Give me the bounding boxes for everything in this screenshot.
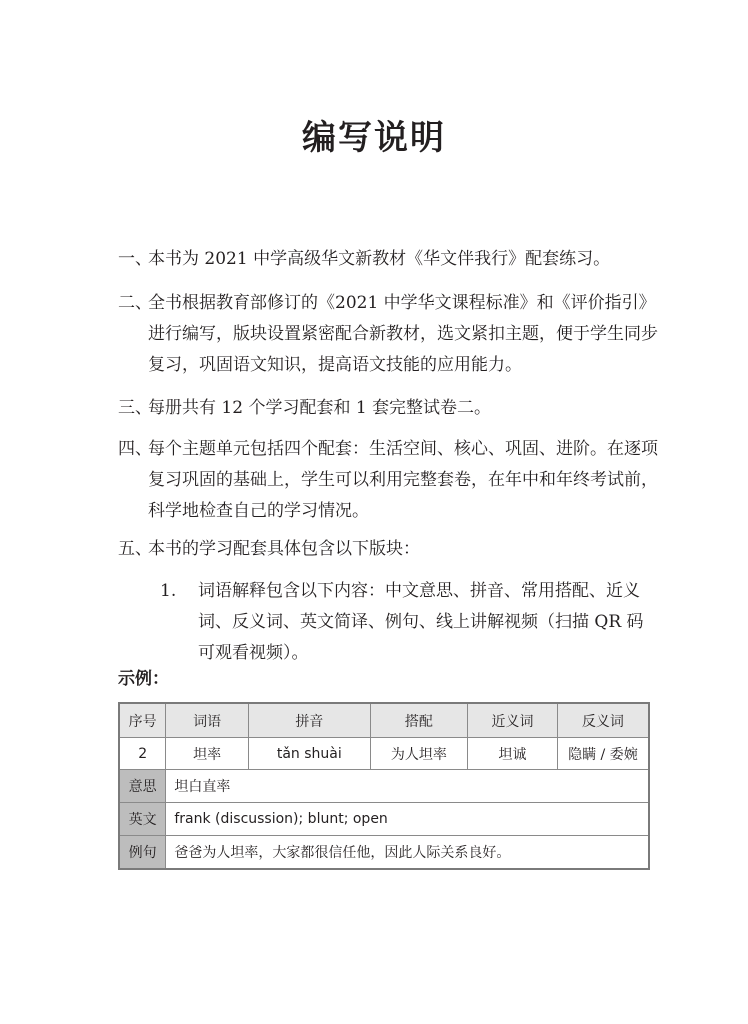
item-2: 二、 全书根据教育部修订的《2021 中学华文课程标准》和《评价指引》进行编写，… xyxy=(118,288,658,381)
subitem-text: 词语解释包含以下内容：中文意思、拼音、常用搭配、近义词、反义词、英文简译、例句、… xyxy=(198,576,660,669)
item-number: 四、 xyxy=(118,434,152,465)
detail-label: 英文 xyxy=(119,803,166,836)
vocabulary-table: 序号 词语 拼音 搭配 近义词 反义词 2 坦率 tǎn shuài 为人坦率 … xyxy=(118,702,650,870)
detail-value: 爸爸为人坦率，大家都很信任他，因此人际关系良好。 xyxy=(166,836,649,870)
header-synonym: 近义词 xyxy=(468,703,558,738)
detail-label: 例句 xyxy=(119,836,166,870)
item-number: 三、 xyxy=(118,393,152,424)
item-text: 每个主题单元包括四个配套：生活空间、核心、巩固、进阶。在逐项复习巩固的基础上，学… xyxy=(148,434,658,527)
detail-value: frank (discussion); blunt; open xyxy=(166,803,649,836)
cell-index: 2 xyxy=(119,738,166,770)
item-text: 每册共有 12 个学习配套和 1 套完整试卷二。 xyxy=(148,393,658,424)
detail-label: 意思 xyxy=(119,770,166,803)
header-collocation: 搭配 xyxy=(370,703,468,738)
detail-row-example: 例句 爸爸为人坦率，大家都很信任他，因此人际关系良好。 xyxy=(119,836,649,870)
header-index: 序号 xyxy=(119,703,166,738)
item-number: 五、 xyxy=(118,534,152,565)
cell-antonym: 隐瞒 / 委婉 xyxy=(557,738,649,770)
header-antonym: 反义词 xyxy=(557,703,649,738)
item-3: 三、 每册共有 12 个学习配套和 1 套完整试卷二。 xyxy=(118,393,658,424)
item-5: 五、 本书的学习配套具体包含以下版块： xyxy=(118,534,658,565)
item-4: 四、 每个主题单元包括四个配套：生活空间、核心、巩固、进阶。在逐项复习巩固的基础… xyxy=(118,434,658,527)
cell-synonym: 坦诚 xyxy=(468,738,558,770)
page-title: 编写说明 xyxy=(0,110,748,159)
subitem-1: 1. 词语解释包含以下内容：中文意思、拼音、常用搭配、近义词、反义词、英文简译、… xyxy=(160,576,660,669)
item-text: 全书根据教育部修订的《2021 中学华文课程标准》和《评价指引》进行编写，版块设… xyxy=(148,288,658,381)
item-text: 本书为 2021 中学高级华文新教材《华文伴我行》配套练习。 xyxy=(148,244,658,275)
cell-collocation: 为人坦率 xyxy=(370,738,468,770)
detail-row-meaning: 意思 坦白直率 xyxy=(119,770,649,803)
item-number: 一、 xyxy=(118,244,152,275)
example-label: 示例： xyxy=(118,664,169,689)
subitem-number: 1. xyxy=(160,576,176,607)
header-pinyin: 拼音 xyxy=(249,703,371,738)
cell-word: 坦率 xyxy=(166,738,249,770)
table-header-row: 序号 词语 拼音 搭配 近义词 反义词 xyxy=(119,703,649,738)
table-row: 2 坦率 tǎn shuài 为人坦率 坦诚 隐瞒 / 委婉 xyxy=(119,738,649,770)
detail-row-english: 英文 frank (discussion); blunt; open xyxy=(119,803,649,836)
item-text: 本书的学习配套具体包含以下版块： xyxy=(148,534,658,565)
item-1: 一、 本书为 2021 中学高级华文新教材《华文伴我行》配套练习。 xyxy=(118,244,658,275)
cell-pinyin: tǎn shuài xyxy=(249,738,371,770)
detail-value: 坦白直率 xyxy=(166,770,649,803)
header-word: 词语 xyxy=(166,703,249,738)
item-number: 二、 xyxy=(118,288,152,319)
